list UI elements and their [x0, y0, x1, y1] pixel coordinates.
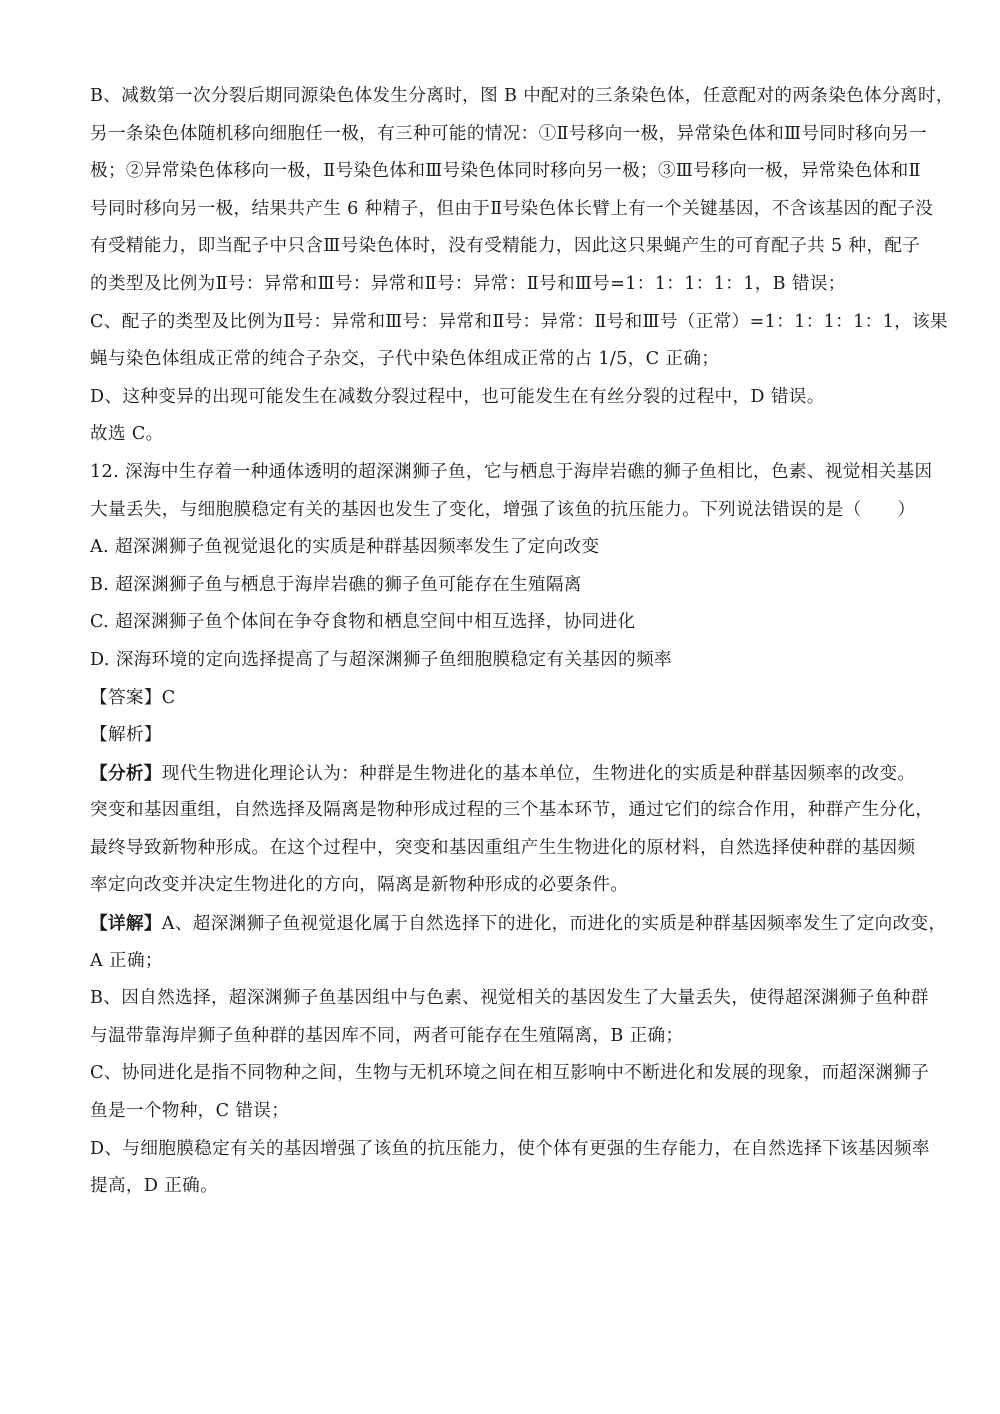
prev-analysis-option-d: D、这种变异的出现可能发生在减数分裂过程中，也可能发生在有丝分裂的过程中，D 错…: [90, 379, 912, 417]
answer-value: C: [162, 688, 176, 708]
text-line: D、与细胞膜稳定有关的基因增强了该鱼的抗压能力，使个体有更强的生存能力，在自然选…: [90, 1131, 912, 1169]
answer: 【答案】C: [90, 680, 912, 718]
analysis-label: 【解析】: [90, 725, 162, 745]
text-line: C、配子的类型及比例为Ⅱ号：异常和Ⅲ号：异常和Ⅱ号：异常：Ⅱ号和Ⅲ号（正常）=1…: [90, 304, 912, 342]
prev-analysis-option-c: C、配子的类型及比例为Ⅱ号：异常和Ⅲ号：异常和Ⅱ号：异常：Ⅱ号和Ⅲ号（正常）=1…: [90, 304, 912, 379]
text-line: 【详解】A、超深渊狮子鱼视觉退化属于自然选择下的进化，而进化的实质是种群基因频率…: [90, 905, 912, 943]
text-line: D、这种变异的出现可能发生在减数分裂过程中，也可能发生在有丝分裂的过程中，D 错…: [90, 379, 912, 417]
option-b: B. 超深渊狮子鱼与栖息于海岸岩礁的狮子鱼可能存在生殖隔离: [90, 567, 912, 605]
text-line: 率定向改变并决定生物进化的方向，隔离是新物种形成的必要条件。: [90, 867, 912, 905]
document-page: B、减数第一次分裂后期同源染色体发生分离时，图 B 中配对的三条染色体，任意配对…: [90, 78, 912, 1206]
xiangjie-section: 【详解】A、超深渊狮子鱼视觉退化属于自然选择下的进化，而进化的实质是种群基因频率…: [90, 905, 912, 1206]
option-d: D. 深海环境的定向选择提高了与超深渊狮子鱼细胞膜稳定有关基因的频率: [90, 642, 912, 680]
prev-analysis-option-b: B、减数第一次分裂后期同源染色体发生分离时，图 B 中配对的三条染色体，任意配对…: [90, 78, 912, 304]
prev-conclusion: 故选 C。: [90, 416, 912, 454]
question-stem-line: 大量丢失，与细胞膜稳定有关的基因也发生了变化，增强了该鱼的抗压能力。下列说法错误…: [90, 492, 912, 530]
text-line: 突变和基因重组，自然选择及隔离是物种形成过程的三个基本环节，通过它们的综合作用，…: [90, 792, 912, 830]
xiangjie-text: A、超深渊狮子鱼视觉退化属于自然选择下的进化，而进化的实质是种群基因频率发生了定…: [162, 914, 947, 934]
option-text: 超深渊狮子鱼与栖息于海岸岩礁的狮子鱼可能存在生殖隔离: [115, 575, 582, 595]
option-text: 超深渊狮子鱼视觉退化的实质是种群基因频率发生了定向改变: [115, 537, 599, 557]
question-stem-line: 12. 深海中生存着一种通体透明的超深渊狮子鱼，它与栖息于海岸岩礁的狮子鱼相比，…: [90, 454, 912, 492]
text-line: C、协同进化是指不同物种之间，生物与无机环境之间在相互影响中不断进化和发展的现象…: [90, 1055, 912, 1093]
option-a: A. 超深渊狮子鱼视觉退化的实质是种群基因频率发生了定向改变: [90, 529, 912, 567]
text-line: 蝇与染色体组成正常的纯合子杂交，子代中染色体组成正常的占 1/5，C 正确；: [90, 341, 912, 379]
option-c: C. 超深渊狮子鱼个体间在争夺食物和栖息空间中相互选择，协同进化: [90, 604, 912, 642]
option-text: 超深渊狮子鱼个体间在争夺食物和栖息空间中相互选择，协同进化: [115, 612, 635, 632]
text-line: B、因自然选择，超深渊狮子鱼基因组中与色素、视觉相关的基因发生了大量丢失，使得超…: [90, 980, 912, 1018]
text-line: 号同时移向另一极，结果共产生 6 种精子，但由于Ⅱ号染色体长臂上有一个关键基因，…: [90, 191, 912, 229]
xiangjie-label: 【详解】: [90, 913, 162, 934]
text-line: 提高，D 正确。: [90, 1168, 912, 1206]
option-label: B.: [90, 575, 109, 595]
text-line: 的类型及比例为Ⅱ号：异常和Ⅲ号：异常和Ⅱ号：异常：Ⅱ号和Ⅲ号=1：1：1：1：1…: [90, 266, 912, 304]
text-line: 另一条染色体随机移向细胞任一极，有三种可能的情况：①Ⅱ号移向一极，异常染色体和Ⅲ…: [90, 116, 912, 154]
text-line: 有受精能力，即当配子中只含Ⅲ号染色体时，没有受精能力，因此这只果蝇产生的可育配子…: [90, 228, 912, 266]
text-line: 极；②异常染色体移向一极，Ⅱ号染色体和Ⅲ号染色体同时移向另一极；③Ⅲ号移向一极，…: [90, 153, 912, 191]
text-line: 最终导致新物种形成。在这个过程中，突变和基因重组产生生物进化的原材料，自然选择使…: [90, 830, 912, 868]
text-line: 鱼是一个物种，C 错误；: [90, 1093, 912, 1131]
fenxi-section: 【分析】现代生物进化理论认为：种群是生物进化的基本单位，生物进化的实质是种群基因…: [90, 755, 912, 905]
analysis-heading: 【解析】: [90, 717, 912, 755]
answer-label: 【答案】: [90, 688, 162, 708]
text-line: A 正确；: [90, 943, 912, 981]
option-text: 深海环境的定向选择提高了与超深渊狮子鱼细胞膜稳定有关基因的频率: [116, 650, 672, 670]
text-line: 【分析】现代生物进化理论认为：种群是生物进化的基本单位，生物进化的实质是种群基因…: [90, 755, 912, 793]
option-label: C.: [90, 612, 109, 632]
fenxi-text: 现代生物进化理论认为：种群是生物进化的基本单位，生物进化的实质是种群基因频率的改…: [162, 764, 916, 784]
option-label: D.: [90, 650, 110, 670]
text-line: B、减数第一次分裂后期同源染色体发生分离时，图 B 中配对的三条染色体，任意配对…: [90, 78, 912, 116]
question-12: 12. 深海中生存着一种通体透明的超深渊狮子鱼，它与栖息于海岸岩礁的狮子鱼相比，…: [90, 454, 912, 1206]
option-label: A.: [90, 537, 109, 557]
text-line: 与温带靠海岸狮子鱼种群的基因库不同，两者可能存在生殖隔离，B 正确；: [90, 1018, 912, 1056]
fenxi-label: 【分析】: [90, 763, 162, 784]
